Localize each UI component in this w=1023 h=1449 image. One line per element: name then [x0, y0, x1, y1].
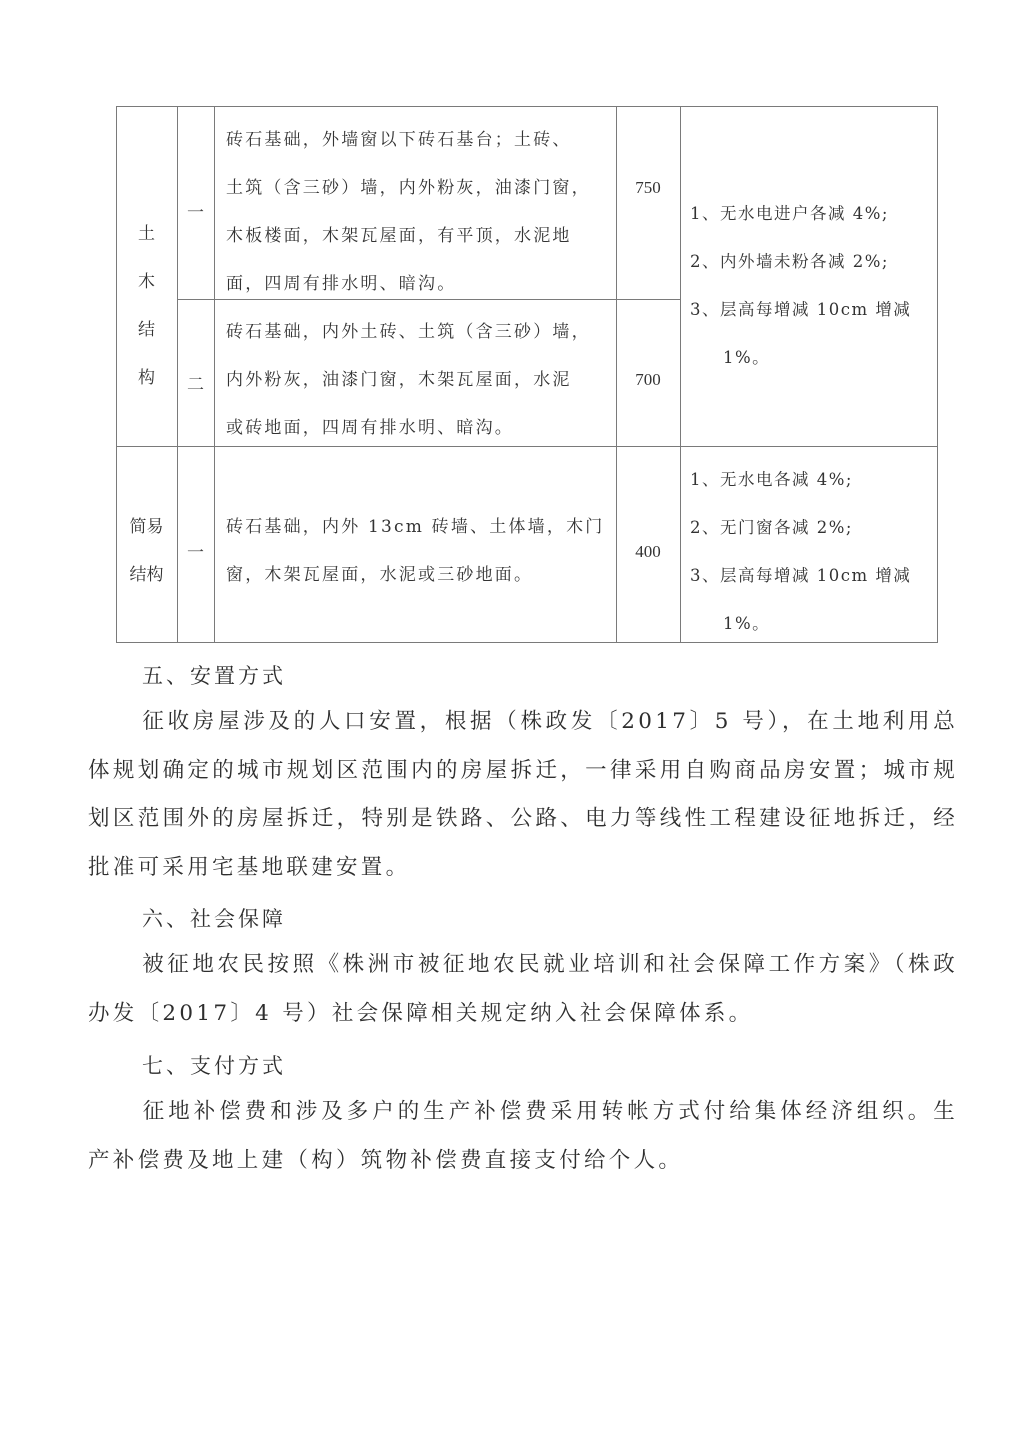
- remark-line: 2、无门窗各减 2%;: [690, 504, 911, 552]
- grade-cell: 一: [177, 538, 214, 563]
- housing-compensation-table: 土 木 结 构 一 砖石基础，外墙窗以下砖石基台；土砖、 土筑（含三砂）墙，内外…: [116, 106, 937, 642]
- remark-line: 1%。: [690, 334, 911, 382]
- section-heading: 七、支付方式: [142, 1050, 286, 1080]
- description-line: 砖石基础，外墙窗以下砖石基台；土砖、: [226, 116, 591, 164]
- grade-cell: 二: [177, 370, 214, 395]
- description-line: 内外粉灰，油漆门窗，木架瓦屋面，水泥: [226, 356, 591, 404]
- remark-line: 1%。: [690, 600, 911, 648]
- category-char: 构: [116, 354, 177, 402]
- col-divider-4: [680, 106, 681, 643]
- section-paragraph: 征地补偿费和涉及多户的生产补偿费采用转帐方式付给集体经济组织。生产补偿费及地上建…: [88, 1088, 958, 1185]
- description-line: 土筑（含三砂）墙，内外粉灰，油漆门窗，: [226, 164, 591, 212]
- category-line: 结构: [116, 551, 177, 599]
- description-line: 或砖地面，四周有排水明、暗沟。: [226, 404, 591, 452]
- remark-line: 3、层高每增减 10cm 增减: [690, 552, 911, 600]
- remarks-cell: 1、无水电进户各减 4%; 2、内外墙未粉各减 2%; 3、层高每增减 10cm…: [690, 190, 911, 382]
- category-label-jianyi: 简易 结构: [116, 503, 177, 599]
- paragraph-text: 征收房屋涉及的人口安置，根据（株政发〔2017〕5 号），在土地利用总体规划确定…: [88, 709, 958, 880]
- description-cell: 砖石基础，内外 13cm 砖墙、土体墙，木门 窗，木架瓦屋面，水泥或三砂地面。: [226, 503, 604, 599]
- col-divider-2: [214, 106, 215, 643]
- price-cell: 750: [616, 178, 680, 198]
- category-line: 简易: [116, 503, 177, 551]
- paragraph-text: 征地补偿费和涉及多户的生产补偿费采用转帐方式付给集体经济组织。生产补偿费及地上建…: [88, 1099, 958, 1173]
- category-char: 结: [116, 306, 177, 354]
- description-line: 木板楼面，木架瓦屋面，有平顶，水泥地: [226, 212, 591, 260]
- remark-line: 1、无水电进户各减 4%;: [690, 190, 911, 238]
- description-cell: 砖石基础，外墙窗以下砖石基台；土砖、 土筑（含三砂）墙，内外粉灰，油漆门窗， 木…: [226, 116, 591, 308]
- grade-cell: 一: [177, 198, 214, 223]
- section-heading: 五、安置方式: [142, 660, 286, 690]
- remarks-cell: 1、无水电各减 4%; 2、无门窗各减 2%; 3、层高每增减 10cm 增减 …: [690, 456, 911, 648]
- category-char: 土: [116, 210, 177, 258]
- category-char: 木: [116, 258, 177, 306]
- remark-line: 2、内外墙未粉各减 2%;: [690, 238, 911, 286]
- description-cell: 砖石基础，内外土砖、土筑（含三砂）墙， 内外粉灰，油漆门窗，木架瓦屋面，水泥 或…: [226, 308, 591, 452]
- price-cell: 400: [616, 542, 680, 562]
- table-border-right: [937, 106, 938, 643]
- remark-line: 3、层高每增减 10cm 增减: [690, 286, 911, 334]
- section-paragraph: 征收房屋涉及的人口安置，根据（株政发〔2017〕5 号），在土地利用总体规划确定…: [88, 698, 958, 892]
- section-paragraph: 被征地农民按照《株洲市被征地农民就业培训和社会保障工作方案》（株政办发〔2017…: [88, 941, 958, 1038]
- description-line: 砖石基础，内外土砖、土筑（含三砂）墙，: [226, 308, 591, 356]
- description-line: 砖石基础，内外 13cm 砖墙、土体墙，木门: [226, 503, 604, 551]
- paragraph-text: 被征地农民按照《株洲市被征地农民就业培训和社会保障工作方案》（株政办发〔2017…: [88, 952, 958, 1026]
- table-border-top: [116, 106, 937, 107]
- document-page: 土 木 结 构 一 砖石基础，外墙窗以下砖石基台；土砖、 土筑（含三砂）墙，内外…: [0, 0, 1023, 1449]
- section-heading: 六、社会保障: [142, 903, 286, 933]
- price-cell: 700: [616, 370, 680, 390]
- remark-line: 1、无水电各减 4%;: [690, 456, 911, 504]
- description-line: 窗，木架瓦屋面，水泥或三砂地面。: [226, 551, 604, 599]
- description-line: 面，四周有排水明、暗沟。: [226, 260, 591, 308]
- category-label-tumu: 土 木 结 构: [116, 210, 177, 402]
